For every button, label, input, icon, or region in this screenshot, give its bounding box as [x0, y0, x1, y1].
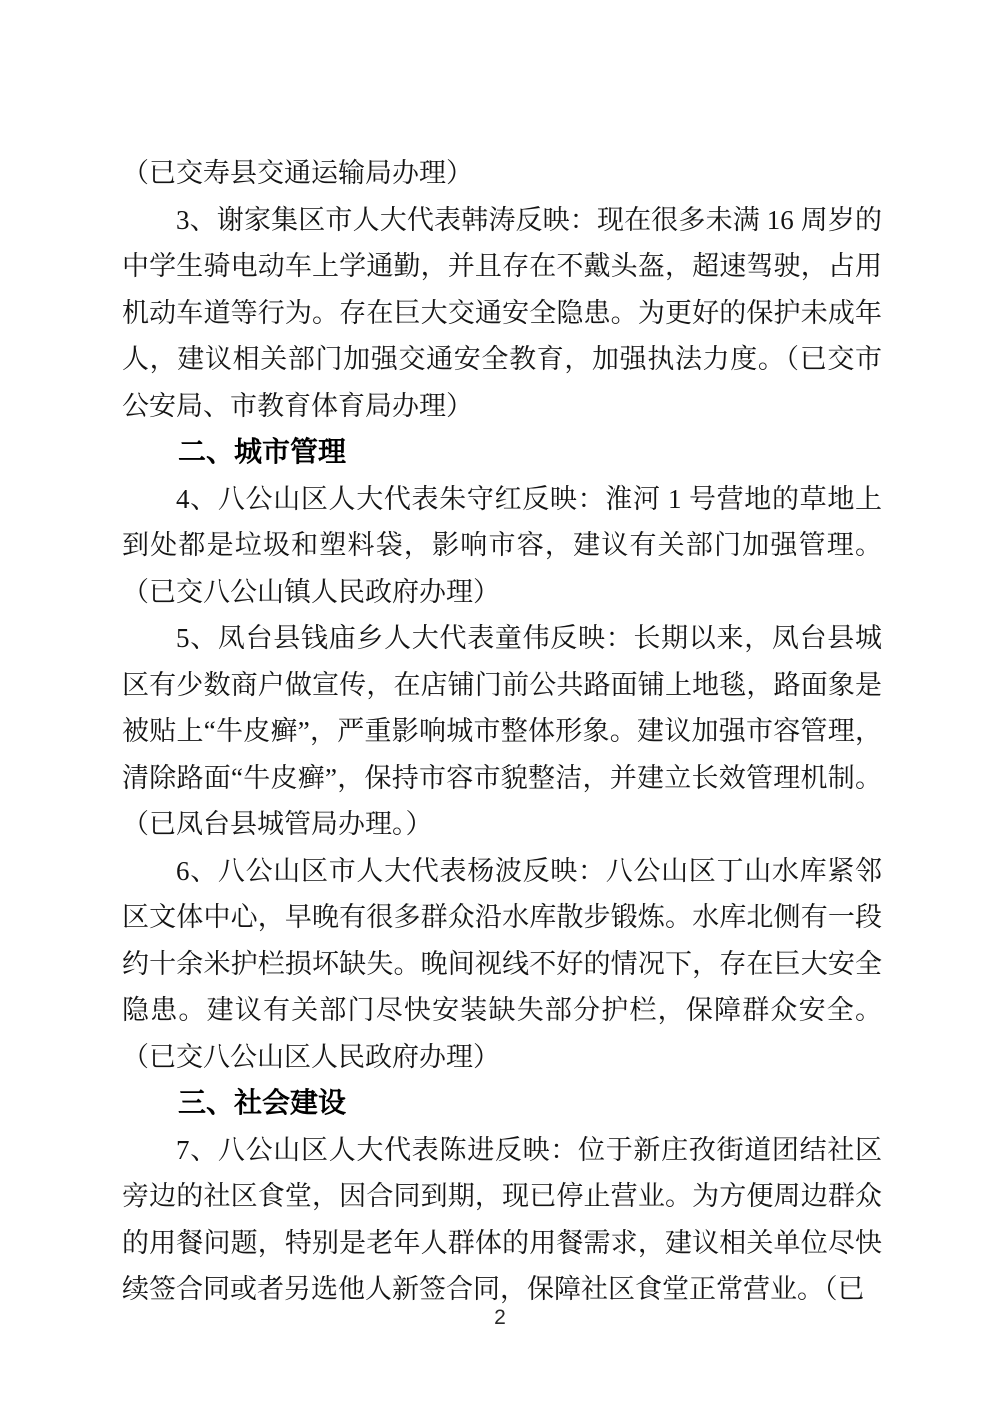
issue-paragraph-5: 5、凤台县钱庙乡人大代表童伟反映：长期以来，凤台县城区有少数商户做宣传，在店铺门… — [122, 615, 882, 848]
section-heading-social-construction: 三、社会建设 — [122, 1080, 882, 1127]
document-page: （已交寿县交通运输局办理） 3、谢家集区市人大代表韩涛反映：现在很多未满 16 … — [0, 0, 1000, 1415]
section-heading-city-management: 二、城市管理 — [122, 429, 882, 476]
document-text-column: （已交寿县交通运输局办理） 3、谢家集区市人大代表韩涛反映：现在很多未满 16 … — [122, 150, 882, 1313]
page-number: 2 — [0, 1306, 1000, 1330]
issue-paragraph-7: 7、八公山区人大代表陈进反映：位于新庄孜街道团结社区旁边的社区食堂，因合同到期，… — [122, 1127, 882, 1313]
issue-paragraph-3: 3、谢家集区市人大代表韩涛反映：现在很多未满 16 周岁的中学生骑电动车上学通勤… — [122, 197, 882, 430]
handling-note-continuation: （已交寿县交通运输局办理） — [122, 150, 882, 197]
issue-paragraph-4: 4、八公山区人大代表朱守红反映：淮河 1 号营地的草地上到处都是垃圾和塑料袋，影… — [122, 476, 882, 616]
issue-paragraph-6: 6、八公山区市人大代表杨波反映：八公山区丁山水库紧邻区文体中心，早晚有很多群众沿… — [122, 848, 882, 1081]
